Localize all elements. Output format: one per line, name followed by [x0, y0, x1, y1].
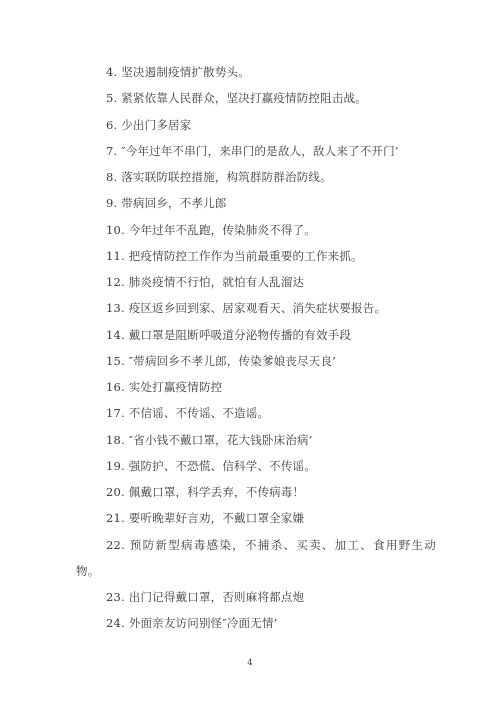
list-item-line: 11. 把疫情防控工作作为当前最重要的工作来抓。	[76, 243, 436, 269]
list-item-line: 12. 肺炎疫情不行怕，就怕有人乱溜达	[76, 269, 436, 295]
list-item-line: 20. 佩戴口罩，科学丢弃，不传病毒！	[76, 479, 436, 505]
list-item-line: 4. 坚决遏制疫情扩散势头。	[76, 59, 436, 85]
page-footer: 4	[0, 650, 500, 669]
list-item-line: 7. ″今年过年不串门，来串门的是敌人，敌人来了不开门’	[76, 138, 436, 164]
list-item-line: 9. 带病回乡，不孝儿郎	[76, 190, 436, 216]
document-page: 4. 坚决遏制疫情扩散势头。5. 紧紧依靠人民群众，坚决打赢疫情防控阻击战。6.…	[0, 0, 500, 707]
list-item-line: 23. 出门记得戴口罩，否则麻将都点炮	[76, 584, 436, 610]
list-item-line: 22. 预防新型病毒感染，不捕杀、买卖、加工、食用野生动	[76, 532, 436, 558]
list-item-line: 5. 紧紧依靠人民群众，坚决打赢疫情防控阻击战。	[76, 85, 436, 111]
list-item-line: 8. 落实联防联控措施，构筑群防群治防线。	[76, 164, 436, 190]
list-item-line: 17. 不信谣、不传谣、不造谣。	[76, 400, 436, 426]
list-item-line: 16. 实处打赢疫情防控	[76, 374, 436, 400]
list-item-line: 21. 要听晚辈好言劝，不戴口罩全家嫌	[76, 505, 436, 531]
list-item-line: 19. 强防护、不恐慌、信科学、不传谣。	[76, 453, 436, 479]
list-item-line: 24. 外面亲友访问别怪″冷面无情’	[76, 610, 436, 636]
page-number: 4	[247, 658, 252, 668]
list-item-line: 14. 戴口罩是阻断呼吸道分泌物传播的有效手段	[76, 322, 436, 348]
list-item-line: 物。	[76, 558, 436, 584]
list-item-line: 6. 少出门多居家	[76, 112, 436, 138]
list-item-line: 15. ″带病回乡不孝儿郎，传染爹娘丧尽天良’	[76, 348, 436, 374]
document-body: 4. 坚决遏制疫情扩散势头。5. 紧紧依靠人民群众，坚决打赢疫情防控阻击战。6.…	[76, 59, 436, 637]
list-item-line: 13. 疫区返乡回到家、居家观看天、消失症状要报告。	[76, 295, 436, 321]
list-item-line: 18. ″省小钱不戴口罩，花大钱卧床治病’	[76, 427, 436, 453]
list-item-line: 10. 今年过年不乱跑，传染肺炎不得了。	[76, 217, 436, 243]
